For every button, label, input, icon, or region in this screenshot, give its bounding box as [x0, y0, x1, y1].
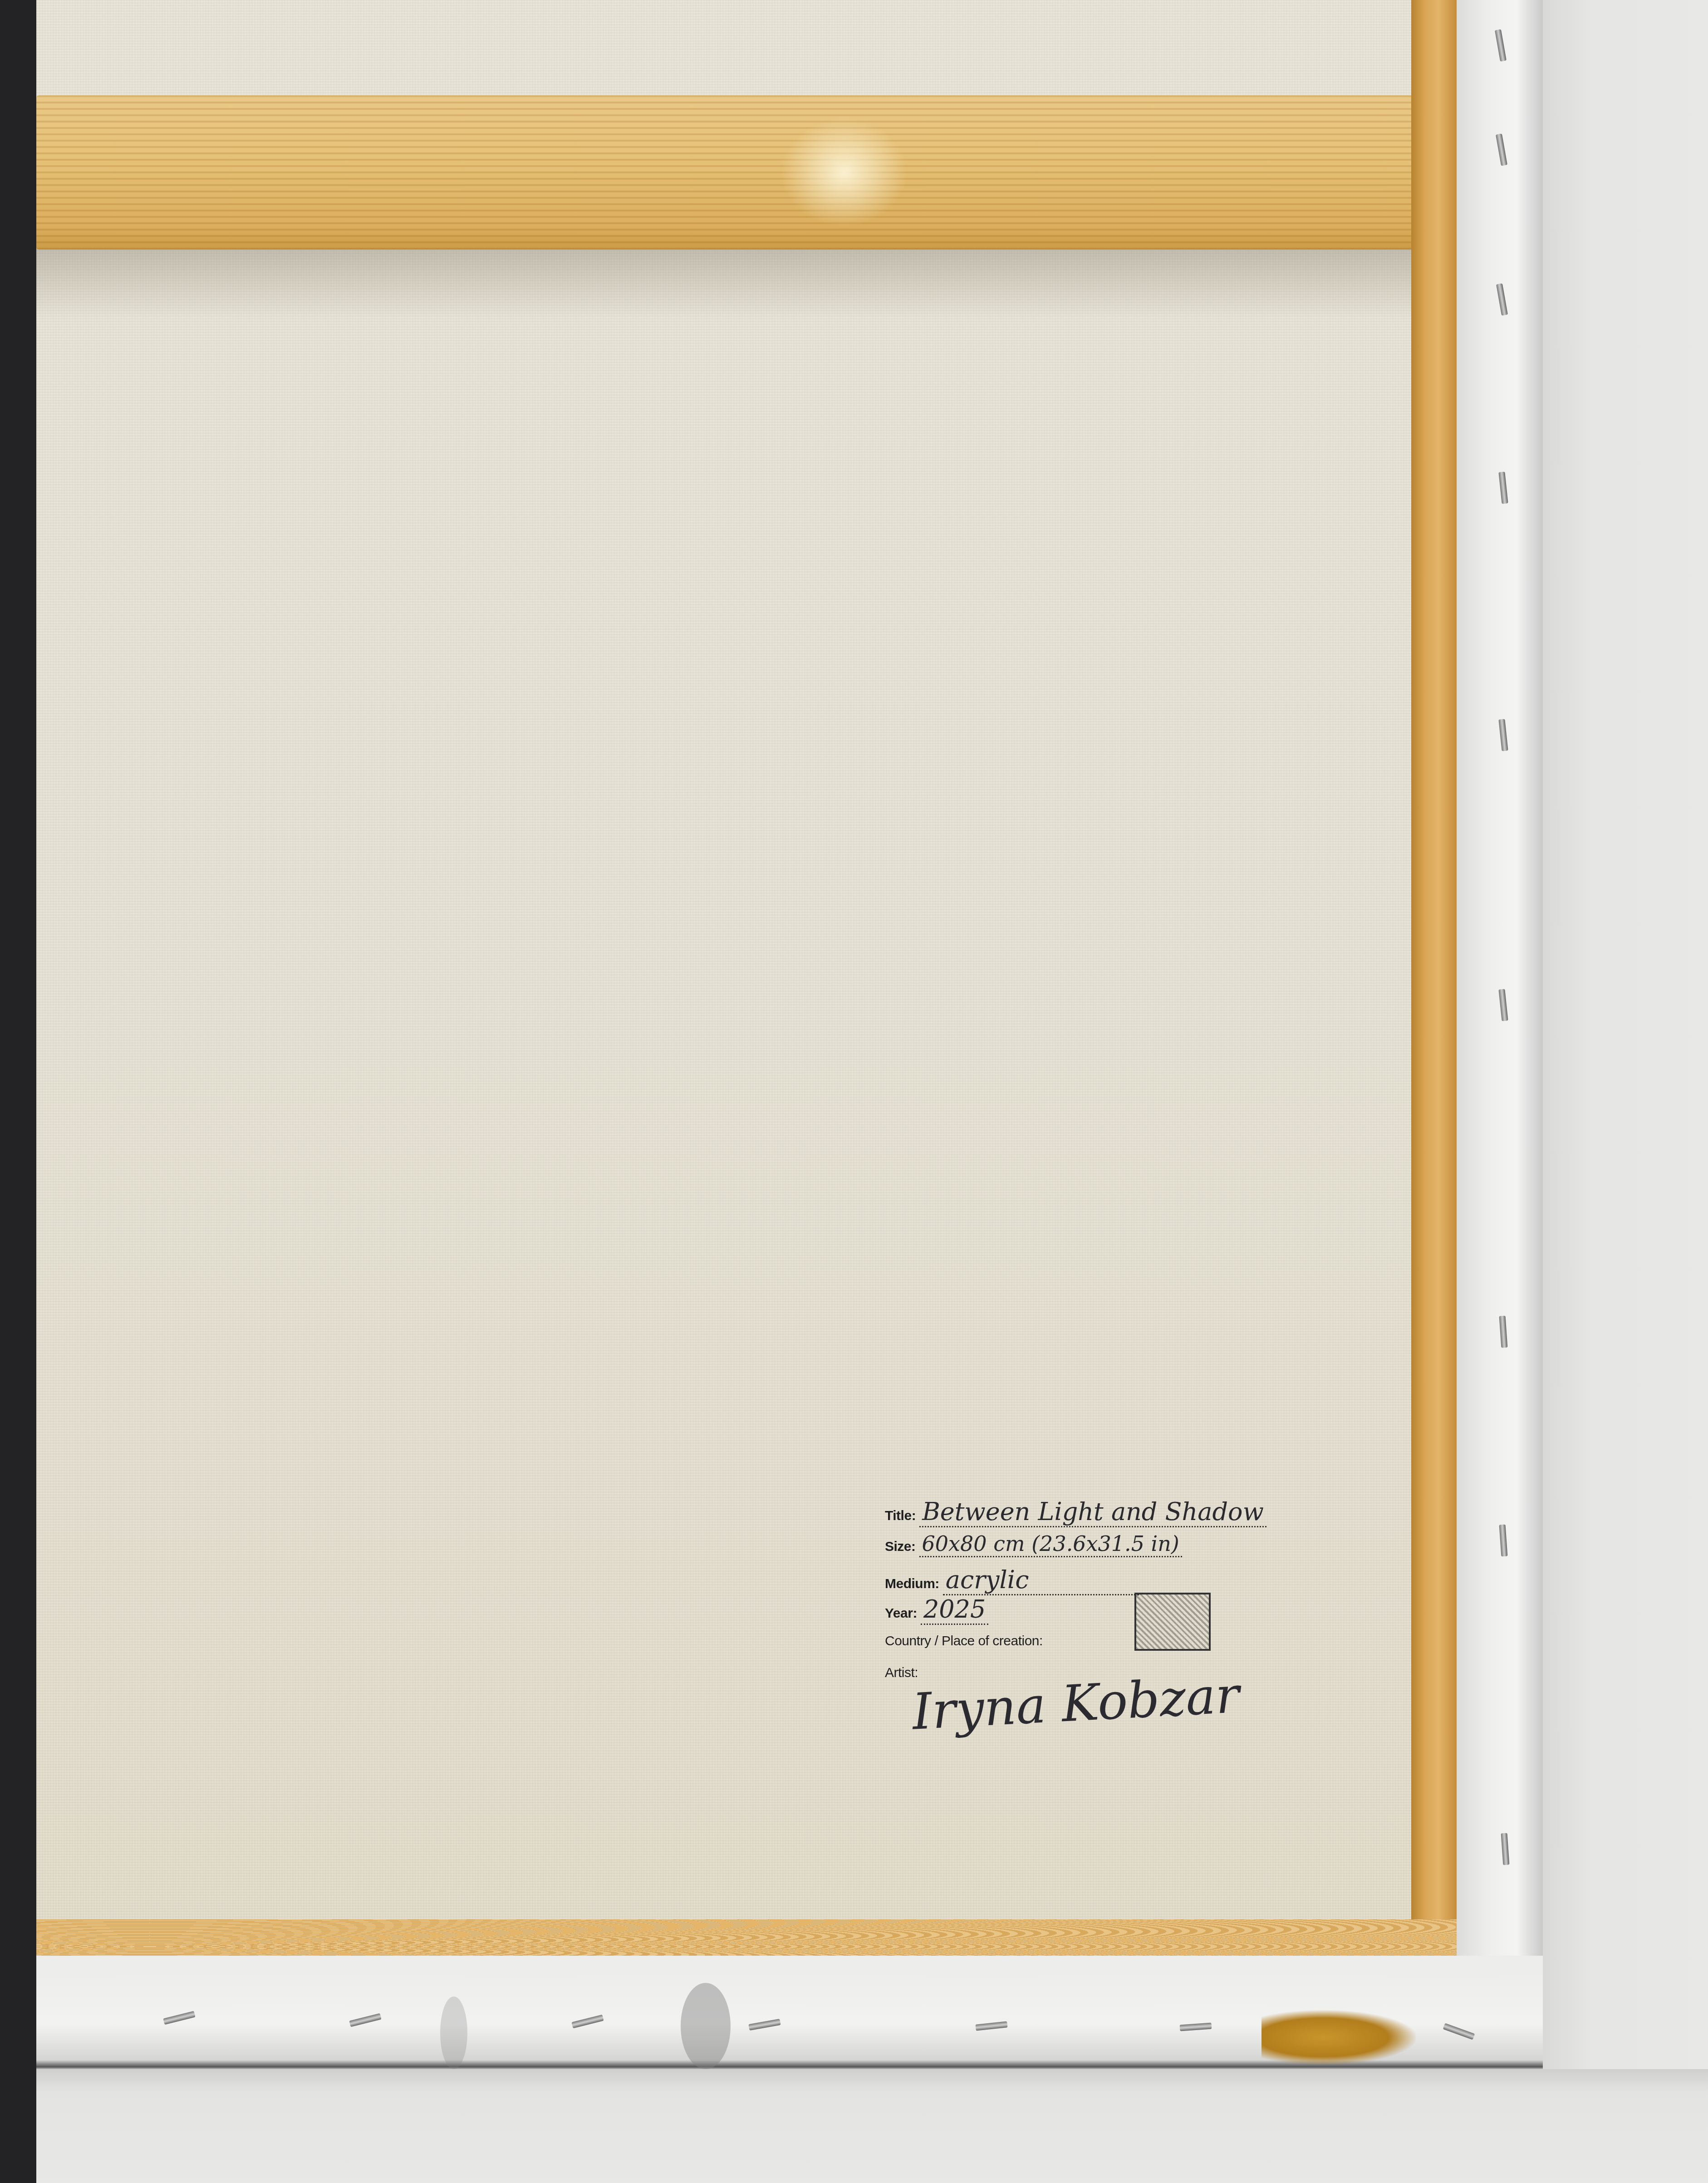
title-key: Title: [885, 1508, 916, 1524]
label-artist-row: Artist: [885, 1665, 918, 1681]
paint-smudge [681, 1983, 731, 2069]
medium-key: Medium: [885, 1576, 939, 1592]
paint-smudge [440, 1997, 467, 2069]
wall-background [1543, 0, 1708, 2183]
stretcher-bar-bottom [36, 1919, 1457, 1956]
label-country-row: Country / Place of creation: [885, 1634, 1043, 1649]
crossbar-shadow [36, 245, 1416, 318]
year-value: 2025 [921, 1595, 988, 1625]
label-size-row: Size: 60x80 cm (23.6x31.5 in) [885, 1531, 1182, 1557]
country-key: Country / Place of creation: [885, 1634, 1043, 1649]
label-year-row: Year: 2025 [885, 1595, 988, 1625]
paint-stain [1261, 2010, 1416, 2065]
stamp-mark [1134, 1593, 1211, 1651]
size-value: 60x80 cm (23.6x31.5 in) [919, 1531, 1182, 1557]
label-title-row: Title: Between Light and Shadow [885, 1497, 1266, 1527]
crossbar-glare [780, 118, 908, 227]
label-medium-row: Medium: acrylic [885, 1565, 1139, 1595]
size-key: Size: [885, 1539, 916, 1555]
floor-background [36, 2069, 1708, 2183]
title-value: Between Light and Shadow [919, 1497, 1266, 1527]
medium-value: acrylic [943, 1565, 1139, 1595]
year-key: Year: [885, 1606, 917, 1621]
stretcher-crossbar [36, 95, 1425, 250]
left-border [0, 0, 36, 2183]
stretcher-bar-right [1411, 0, 1457, 1951]
artist-key: Artist: [885, 1665, 918, 1681]
